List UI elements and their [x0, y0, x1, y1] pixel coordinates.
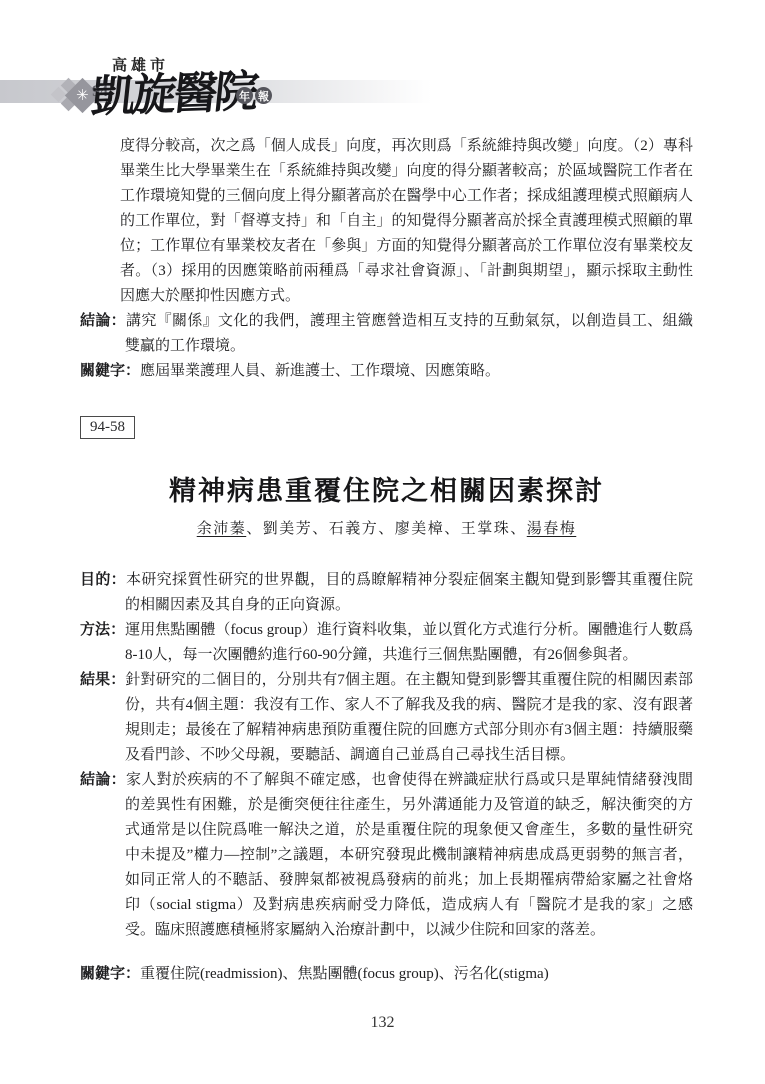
document-page: 94 ✳ 高雄市 凱旋醫院 年 報 度得分較高，次之爲「個人成長」向度，再次則爲…	[0, 0, 765, 1084]
section-purpose: 目的：本研究採質性研究的世界觀，目的爲瞭解精神分裂症個案主觀知覺到影響其重覆住院…	[80, 568, 693, 618]
results-label: 結果：	[80, 672, 125, 688]
section-methods: 方法：運用焦點團體（focus group）進行資料收集，並以質化方式進行分析。…	[80, 618, 693, 668]
conclusion-text: 講究『關係』文化的我們，護理主管應營造相互支持的互動氣氛，以創造員工、組織雙贏的…	[125, 313, 693, 354]
conclusion-text: 家人對於疾病的不了解與不確定感，也會使得在辨識症狀行爲或只是單純情緒發洩間的差異…	[125, 772, 693, 938]
prev-abstract-keywords: 關鍵字：應屆畢業護理人員、新進護士、工作環境、因應策略。	[80, 359, 693, 384]
section-conclusion: 結論：家人對於疾病的不了解與不確定感，也會使得在辨識症狀行爲或只是單純情緒發洩間…	[80, 768, 693, 943]
methods-text: 運用焦點團體（focus group）進行資料收集，並以質化方式進行分析。團體進…	[125, 622, 693, 663]
authors-middle: 、劉美芳、石義方、廖美樟、王掌珠、	[246, 521, 527, 537]
annual-report-badges: 年 報	[236, 87, 272, 104]
abstract-keywords: 關鍵字：重覆住院(readmission)、焦點團體(focus group)、…	[80, 962, 693, 987]
abstract-body: 目的：本研究採質性研究的世界觀，目的爲瞭解精神分裂症個案主觀知覺到影響其重覆住院…	[80, 568, 693, 987]
keywords-text: 重覆住院(readmission)、焦點團體(focus group)、污名化(…	[140, 966, 549, 982]
abstract-number-box: 94-58	[80, 416, 135, 439]
prev-abstract-results-continuation: 度得分較高，次之爲「個人成長」向度，再次則爲「系統維持與改變」向度。（2）專科畢…	[80, 134, 693, 309]
purpose-text: 本研究採質性研究的世界觀，目的爲瞭解精神分裂症個案主觀知覺到影響其重覆住院的相關…	[125, 572, 693, 613]
snowflake-icon: ✳	[76, 88, 89, 103]
keywords-label: 關鍵字：	[80, 966, 140, 982]
hospital-name-calligraphy: 凱旋醫院	[89, 55, 260, 125]
results-text: 針對研究的二個目的，分別共有7個主題。在主觀知覺到影響其重覆住院的相關因素部份，…	[125, 672, 693, 763]
abstract-number-row: 94-58	[80, 415, 693, 440]
badge-year-char: 年	[236, 87, 253, 104]
page-content: 度得分較高，次之爲「個人成長」向度，再次則爲「系統維持與改變」向度。（2）專科畢…	[80, 134, 693, 987]
abstract-authors: 余沛蓁、劉美芳、石義方、廖美樟、王掌珠、湯春梅	[80, 517, 693, 542]
keywords-text: 應屆畢業護理人員、新進護士、工作環境、因應策略。	[140, 363, 500, 379]
section-results: 結果：針對研究的二個目的，分別共有7個主題。在主觀知覺到影響其重覆住院的相關因素…	[80, 668, 693, 768]
keywords-label: 關鍵字：	[80, 363, 140, 379]
conclusion-label: 結論：	[80, 313, 126, 329]
author-first-underlined: 余沛蓁	[197, 521, 247, 537]
prev-abstract-conclusion: 結論：講究『關係』文化的我們，護理主管應營造相互支持的互動氣氛，以創造員工、組織…	[80, 309, 693, 359]
abstract-title: 精神病患重覆住院之相關因素探討	[80, 479, 693, 504]
purpose-label: 目的：	[80, 572, 126, 588]
badge-report-char: 報	[255, 87, 272, 104]
author-last-underlined: 湯春梅	[527, 521, 577, 537]
methods-label: 方法：	[80, 622, 125, 638]
page-number: 132	[0, 1014, 765, 1032]
conclusion-label: 結論：	[80, 772, 126, 788]
